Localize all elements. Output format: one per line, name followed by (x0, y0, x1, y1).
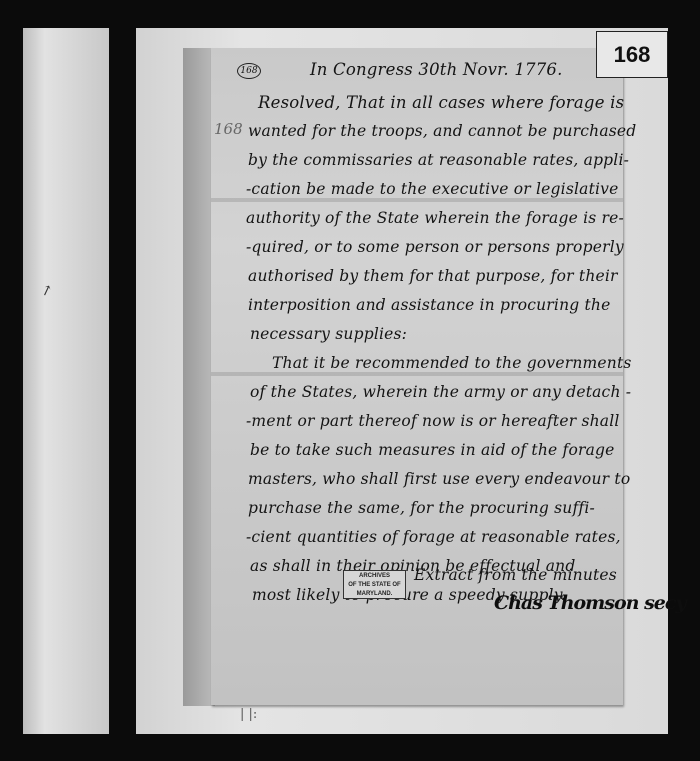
text-line: be to take such measures in aid of the f… (250, 441, 615, 459)
document-heading: In Congress 30th Novr. 1776. (310, 60, 563, 79)
text-line: -quired, or to some person or persons pr… (246, 238, 624, 256)
text-line: -cient quantities of forage at reasonabl… (246, 528, 621, 546)
text-line: Resolved, That in all cases where forage… (258, 93, 624, 112)
margin-folio-number: 168 (214, 120, 243, 138)
mount-pencil-mark: | |: (240, 707, 257, 722)
text-line: of the States, wherein the army or any d… (250, 383, 631, 401)
stamp-line: MARYLAND. (344, 590, 405, 599)
text-line: authority of the State wherein the forag… (246, 209, 624, 227)
stamp-line: ARCHIVES (344, 572, 405, 581)
text-line: necessary supplies: (250, 325, 407, 343)
strip-scratch-mark: ↗ (39, 281, 55, 300)
text-line: purchase the same, for the procuring suf… (248, 499, 595, 517)
text-line: -ment or part thereof now is or hereafte… (246, 412, 620, 430)
left-mount-strip: ↗ (23, 28, 109, 734)
text-line: by the commissaries at reasonable rates,… (248, 151, 629, 169)
text-line: -cation be made to the executive or legi… (246, 180, 619, 198)
page-number-label: 168 (596, 31, 668, 78)
fold-line (211, 198, 623, 202)
circled-folio-number: 168 (237, 63, 261, 79)
text-line: wanted for the troops, and cannot be pur… (248, 122, 636, 140)
text-line: masters, who shall first use every endea… (248, 470, 630, 488)
signature: Chas Thomson secy (494, 592, 685, 614)
text-line: That it be recommended to the government… (272, 354, 632, 372)
extract-line: Extract from the minutes (414, 566, 617, 584)
stamp-line: OF THE STATE OF (344, 581, 405, 590)
text-line: authorised by them for that purpose, for… (248, 267, 618, 285)
archives-stamp: ARCHIVES OF THE STATE OF MARYLAND. (343, 570, 406, 599)
text-line: interposition and assistance in procurin… (248, 296, 611, 314)
fold-line (211, 372, 623, 376)
